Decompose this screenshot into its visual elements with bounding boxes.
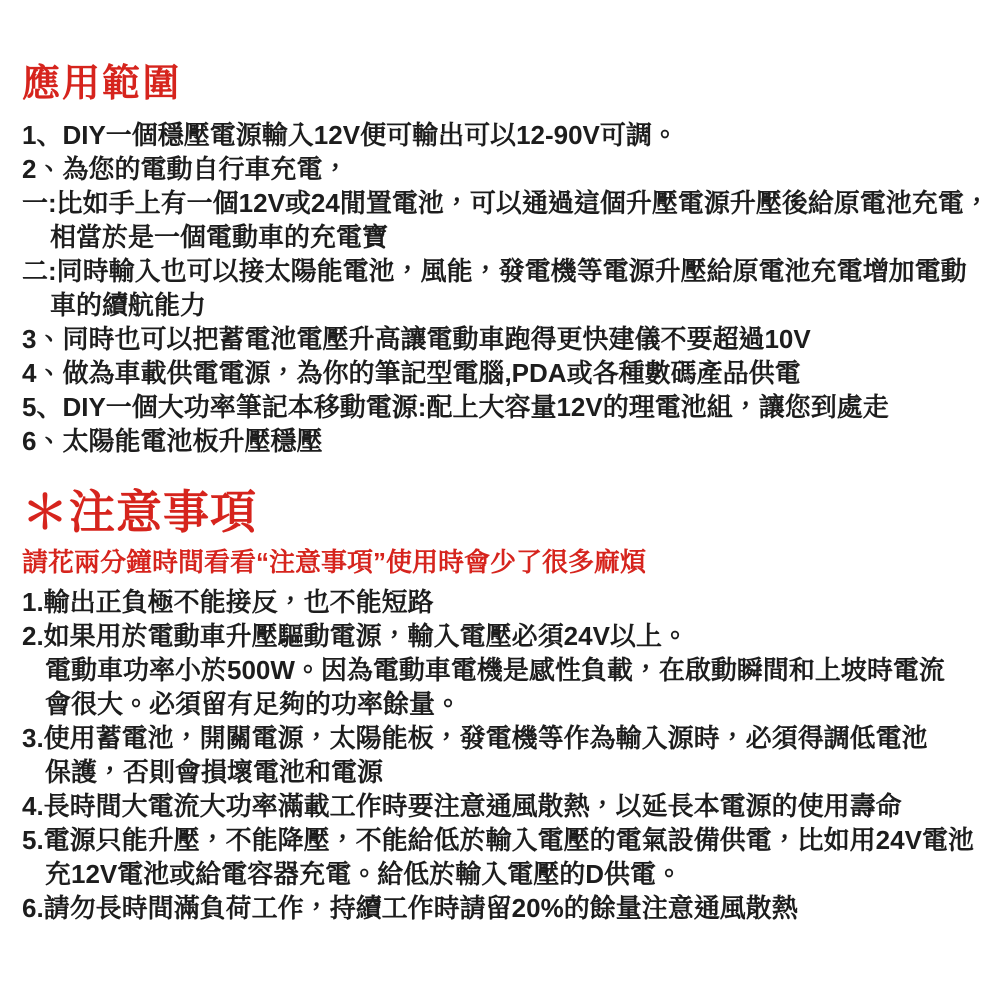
application-line-8: 6、太陽能電池板升壓穩壓 bbox=[22, 424, 990, 458]
application-line-6: 4、做為車載供電電源，為你的筆記型電腦,PDA或各種數碼產品供電 bbox=[22, 356, 990, 390]
notes-line-2-continuation-b: 會很大。必須留有足夠的功率餘量。 bbox=[22, 687, 990, 721]
notes-line-1: 1.輸出正負極不能接反，也不能短路 bbox=[22, 585, 990, 619]
notes-line-2-continuation-a: 電動車功率小於500W。因為電動車電機是感性負載，在啟動瞬間和上坡時電流 bbox=[22, 653, 990, 687]
application-line-4: 二:同時輸入也可以接太陽能電池，風能，發電機等電源升壓給原電池充電增加電動 bbox=[22, 254, 990, 288]
notes-section: ＊注意事項 請花兩分鐘時間看看“注意事項”使用時會少了很多麻煩 1.輸出正負極不… bbox=[22, 486, 990, 925]
application-line-5: 3、同時也可以把蓄電池電壓升高讓電動車跑得更快建儀不要超過10V bbox=[22, 322, 990, 356]
application-line-7: 5、DIY一個大功率筆記本移動電源:配上大容量12V的理電池組，讓您到處走 bbox=[22, 390, 990, 424]
notes-title: ＊注意事項 bbox=[22, 486, 990, 539]
notes-subtitle: 請花兩分鐘時間看看“注意事項”使用時會少了很多麻煩 bbox=[22, 547, 990, 577]
application-line-4-continuation: 車的續航能力 bbox=[22, 288, 990, 322]
application-title: 應用範圍 bbox=[22, 64, 990, 106]
application-line-1: 1、DIY一個穩壓電源輸入12V便可輸出可以12-90V可調。 bbox=[22, 118, 990, 152]
notes-line-3-continuation: 保護，否則會損壞電池和電源 bbox=[22, 755, 990, 789]
notes-line-5-continuation: 充12V電池或給電容器充電。給低於輸入電壓的D供電。 bbox=[22, 857, 990, 891]
notes-line-6: 6.請勿長時間滿負荷工作，持續工作時請留20%的餘量注意通風散熱 bbox=[22, 891, 990, 925]
application-section: 應用範圍 1、DIY一個穩壓電源輸入12V便可輸出可以12-90V可調。 2、為… bbox=[22, 64, 990, 458]
application-line-3: 一:比如手上有一個12V或24閒置電池，可以通過這個升壓電源升壓後給原電池充電， bbox=[22, 186, 990, 220]
application-line-3-continuation: 相當於是一個電動車的充電寶 bbox=[22, 220, 990, 254]
notes-line-3: 3.使用蓄電池，開關電源，太陽能板，發電機等作為輸入源時，必須得調低電池 bbox=[22, 721, 990, 755]
notes-line-4: 4.長時間大電流大功率滿載工作時要注意通風散熱，以延長本電源的使用壽命 bbox=[22, 789, 990, 823]
application-line-2: 2、為您的電動自行車充電， bbox=[22, 152, 990, 186]
product-description-page: 應用範圍 1、DIY一個穩壓電源輸入12V便可輸出可以12-90V可調。 2、為… bbox=[0, 0, 1000, 1000]
notes-line-5: 5.電源只能升壓，不能降壓，不能給低於輸入電壓的電氣設備供電，比如用24V電池 bbox=[22, 823, 990, 857]
notes-line-2: 2.如果用於電動車升壓驅動電源，輸入電壓必須24V以上。 bbox=[22, 619, 990, 653]
